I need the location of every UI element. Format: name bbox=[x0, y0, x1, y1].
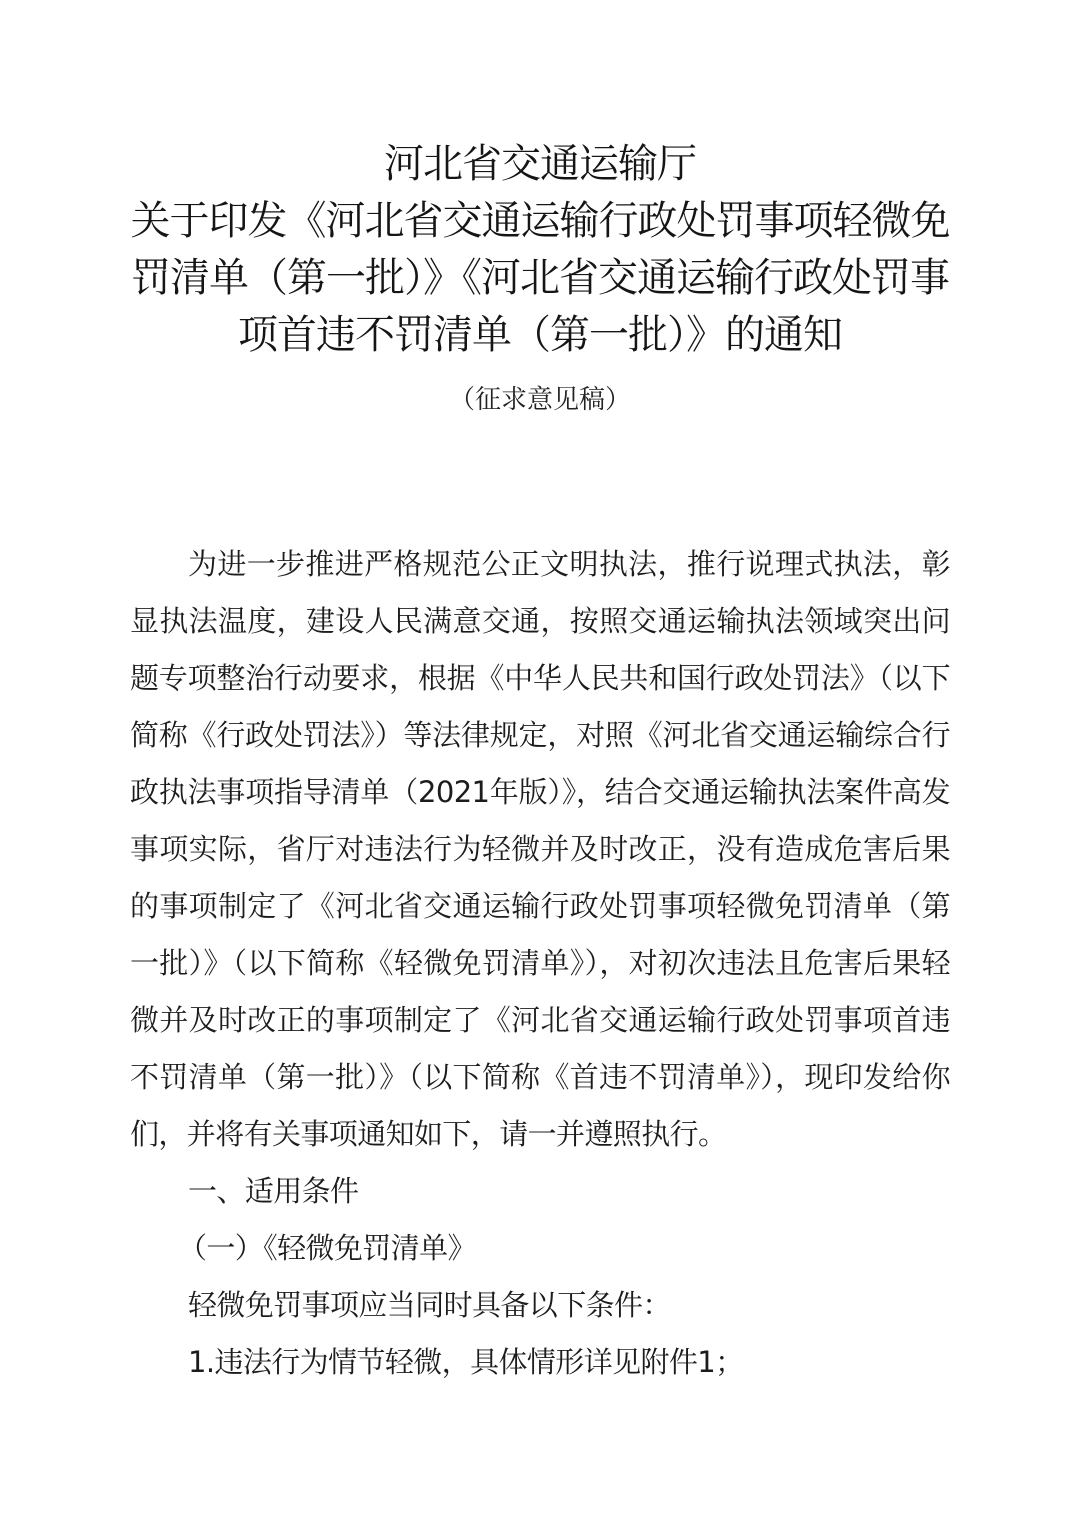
document-subtitle-draft: （征求意见稿） bbox=[0, 384, 1080, 416]
paragraph-line: 显执法温度，建设人民满意交通，按照交通运输执法领域突出问 bbox=[130, 603, 950, 639]
document-page: 河北省交通运输厅 关于印发《河北省交通运输行政处罚事项轻微免 罚清单（第一批）》… bbox=[0, 0, 1080, 1528]
document-title-line-2: 关于印发《河北省交通运输行政处罚事项轻微免 bbox=[0, 197, 1080, 245]
paragraph-line: 简称《行政处罚法》）等法律规定，对照《河北省交通运输综合行 bbox=[130, 717, 950, 753]
document-title-line-3: 罚清单（第一批）》《河北省交通运输行政处罚事 bbox=[0, 254, 1080, 302]
document-title-issuer: 河北省交通运输厅 bbox=[0, 140, 1080, 188]
paragraph-line: 不罚清单（第一批）》（以下简称《首违不罚清单》），现印发给你 bbox=[130, 1059, 950, 1095]
condition-item-1: 1.违法行为情节轻微，具体情形详见附件1； bbox=[188, 1344, 950, 1380]
paragraph-line-last: 们，并将有关事项通知如下，请一并遵照执行。 bbox=[130, 1116, 950, 1152]
document-title-line-4: 项首违不罚清单（第一批）》的通知 bbox=[0, 311, 1080, 359]
paragraph-line: 一批）》（以下简称《轻微免罚清单》），对初次违法且危害后果轻 bbox=[130, 945, 950, 981]
paragraph-line: 微并及时改正的事项制定了《河北省交通运输行政处罚事项首违 bbox=[130, 1002, 950, 1038]
paragraph-line: 为进一步推进严格规范公正文明执法，推行说理式执法，彰 bbox=[188, 546, 950, 582]
subsection-heading-minor-exemption-list: （一）《轻微免罚清单》 bbox=[178, 1230, 950, 1266]
section-heading-applicable-conditions: 一、适用条件 bbox=[188, 1173, 950, 1209]
paragraph-line: 的事项制定了《河北省交通运输行政处罚事项轻微免罚清单（第 bbox=[130, 888, 950, 924]
paragraph-line: 题专项整治行动要求，根据《中华人民共和国行政处罚法》（以下 bbox=[130, 660, 950, 696]
conditions-intro: 轻微免罚事项应当同时具备以下条件： bbox=[188, 1287, 950, 1323]
paragraph-line: 事项实际，省厅对违法行为轻微并及时改正，没有造成危害后果 bbox=[130, 831, 950, 867]
paragraph-line: 政执法事项指导清单（2021年版）》，结合交通运输执法案件高发 bbox=[130, 774, 950, 810]
